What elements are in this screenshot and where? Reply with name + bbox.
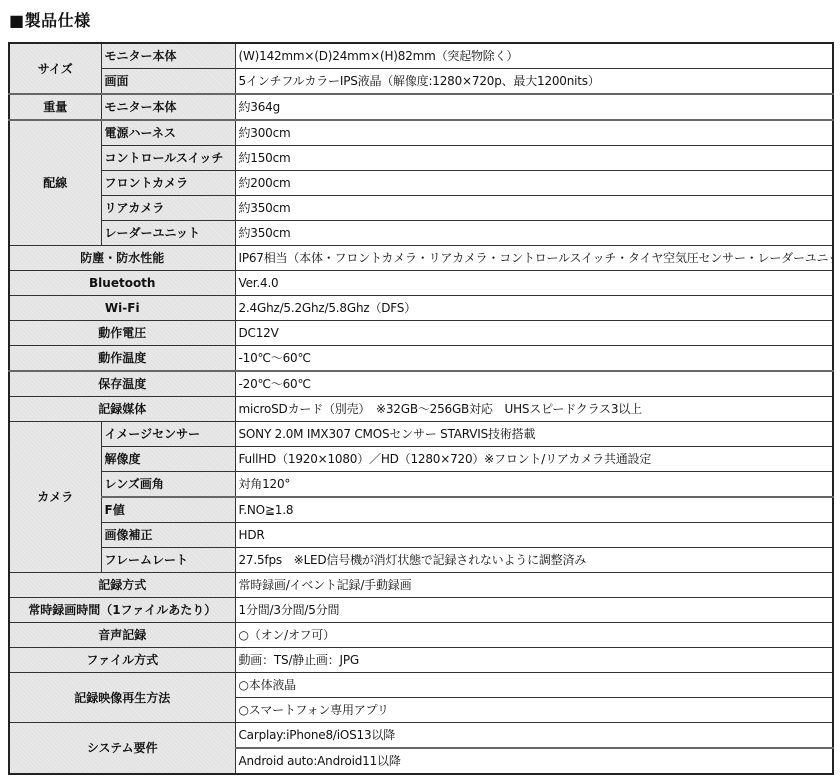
- spec-value: DC12V: [235, 321, 833, 346]
- table-row: Wi-Fi 2.4Ghz/5.2Ghz/5.8Ghz（DFS）: [9, 296, 833, 321]
- group-label-weight: 重量: [9, 94, 101, 120]
- sub-label: リアカメラ: [101, 196, 235, 221]
- spec-value: 5インチフルカラーIPS液晶（解像度:1280×720p、最大1200nits）: [235, 69, 833, 95]
- spec-value: 27.5fps ※LED信号機が消灯状態で記録されないように調整済み: [235, 548, 833, 573]
- spec-value: HDR: [235, 523, 833, 548]
- label-system-requirements: システム要件: [9, 723, 235, 775]
- spec-value: 約300cm: [235, 120, 833, 146]
- table-row: F値 F.NO≧1.8: [9, 497, 833, 523]
- table-row: 常時録画時間（1ファイルあたり） 1分間/3分間/5分間: [9, 598, 833, 623]
- table-row: フロントカメラ 約200cm: [9, 171, 833, 196]
- sub-label: 電源ハーネス: [101, 120, 235, 146]
- label-file-format: ファイル方式: [9, 648, 235, 673]
- table-row: 記録映像再生方法 ○本体液晶: [9, 673, 833, 698]
- label-rec-time: 常時録画時間（1ファイルあたり）: [9, 598, 235, 623]
- table-row: レンズ画角 対角120°: [9, 472, 833, 498]
- sub-label: F値: [101, 497, 235, 523]
- spec-value: 約350cm: [235, 196, 833, 221]
- table-row: 配線 電源ハーネス 約300cm: [9, 120, 833, 146]
- group-label-wiring: 配線: [9, 120, 101, 246]
- label-audio: 音声記録: [9, 623, 235, 648]
- spec-value: SONY 2.0M IMX307 CMOSセンサー STARVIS技術搭載: [235, 422, 833, 447]
- label-operating-temp: 動作温度: [9, 346, 235, 372]
- spec-value: (W)142mm×(D)24mm×(H)82mm（突起物除く）: [235, 43, 833, 69]
- spec-value: 約364g: [235, 94, 833, 120]
- table-row: レーダーユニット 約350cm: [9, 221, 833, 246]
- table-row: リアカメラ 約350cm: [9, 196, 833, 221]
- spec-value: 2.4Ghz/5.2Ghz/5.8Ghz（DFS）: [235, 296, 833, 321]
- spec-value: ○スマートフォン専用アプリ: [235, 698, 833, 723]
- sub-label: コントロールスイッチ: [101, 146, 235, 171]
- table-row: 動作電圧 DC12V: [9, 321, 833, 346]
- spec-value: 1分間/3分間/5分間: [235, 598, 833, 623]
- page-title: ■製品仕様: [9, 8, 91, 31]
- table-row: フレームレート 27.5fps ※LED信号機が消灯状態で記録されないように調整…: [9, 548, 833, 573]
- spec-value: 約350cm: [235, 221, 833, 246]
- label-rec-mode: 記録方式: [9, 573, 235, 598]
- sub-label: フロントカメラ: [101, 171, 235, 196]
- table-row: 画像補正 HDR: [9, 523, 833, 548]
- spec-value: F.NO≧1.8: [235, 497, 833, 523]
- group-label-camera: カメラ: [9, 422, 101, 573]
- table-row: Bluetooth Ver.4.0: [9, 271, 833, 296]
- sub-label: レンズ画角: [101, 472, 235, 498]
- spec-value: IP67相当（本体・フロントカメラ・リアカメラ・コントロールスイッチ・タイヤ空気…: [235, 246, 833, 271]
- table-row: サイズ モニター本体 (W)142mm×(D)24mm×(H)82mm（突起物除…: [9, 43, 833, 69]
- spec-value: Ver.4.0: [235, 271, 833, 296]
- table-row: カメラ イメージセンサー SONY 2.0M IMX307 CMOSセンサー S…: [9, 422, 833, 447]
- sub-label: 画像補正: [101, 523, 235, 548]
- spec-value: -20℃～60℃: [235, 371, 833, 397]
- table-row: 記録媒体 microSDカード（別売） ※32GB～256GB対応 UHSスピー…: [9, 397, 833, 422]
- label-storage-temp: 保存温度: [9, 371, 235, 397]
- label-bluetooth: Bluetooth: [9, 271, 235, 296]
- table-row: 保存温度 -20℃～60℃: [9, 371, 833, 397]
- spec-value: 動画：TS/静止画：JPG: [235, 648, 833, 673]
- spec-value: Android auto:Android11以降: [235, 748, 833, 774]
- table-row: 動作温度 -10℃～60℃: [9, 346, 833, 372]
- spec-value: Carplay:iPhone8/iOS13以降: [235, 723, 833, 749]
- spec-value: ○本体液晶: [235, 673, 833, 698]
- spec-value: -10℃～60℃: [235, 346, 833, 372]
- table-row: 画面 5インチフルカラーIPS液晶（解像度:1280×720p、最大1200ni…: [9, 69, 833, 95]
- sub-label: モニター本体: [101, 94, 235, 120]
- label-media: 記録媒体: [9, 397, 235, 422]
- sub-label: レーダーユニット: [101, 221, 235, 246]
- table-row: 重量 モニター本体 約364g: [9, 94, 833, 120]
- spec-value: microSDカード（別売） ※32GB～256GB対応 UHSスピードクラス3…: [235, 397, 833, 422]
- table-row: ファイル方式 動画：TS/静止画：JPG: [9, 648, 833, 673]
- spec-value: 対角120°: [235, 472, 833, 498]
- sub-label: 解像度: [101, 447, 235, 472]
- sub-label: 画面: [101, 69, 235, 95]
- spec-value: ○（オン/オフ可）: [235, 623, 833, 648]
- spec-value: 約150cm: [235, 146, 833, 171]
- label-waterproof: 防塵・防水性能: [9, 246, 235, 271]
- sub-label: イメージセンサー: [101, 422, 235, 447]
- spec-value: 常時録画/イベント記録/手動録画: [235, 573, 833, 598]
- spec-table: サイズ モニター本体 (W)142mm×(D)24mm×(H)82mm（突起物除…: [8, 42, 834, 775]
- table-row: システム要件 Carplay:iPhone8/iOS13以降: [9, 723, 833, 749]
- group-label-size: サイズ: [9, 43, 101, 94]
- label-wifi: Wi-Fi: [9, 296, 235, 321]
- label-voltage: 動作電圧: [9, 321, 235, 346]
- spec-value: 約200cm: [235, 171, 833, 196]
- sub-label: モニター本体: [101, 43, 235, 69]
- spec-value: FullHD（1920×1080）／HD（1280×720）※フロント/リアカメ…: [235, 447, 833, 472]
- label-playback: 記録映像再生方法: [9, 673, 235, 723]
- table-row: 音声記録 ○（オン/オフ可）: [9, 623, 833, 648]
- sub-label: フレームレート: [101, 548, 235, 573]
- table-row: 記録方式 常時録画/イベント記録/手動録画: [9, 573, 833, 598]
- table-row: コントロールスイッチ 約150cm: [9, 146, 833, 171]
- table-row: 防塵・防水性能 IP67相当（本体・フロントカメラ・リアカメラ・コントロールスイ…: [9, 246, 833, 271]
- table-row: 解像度 FullHD（1920×1080）／HD（1280×720）※フロント/…: [9, 447, 833, 472]
